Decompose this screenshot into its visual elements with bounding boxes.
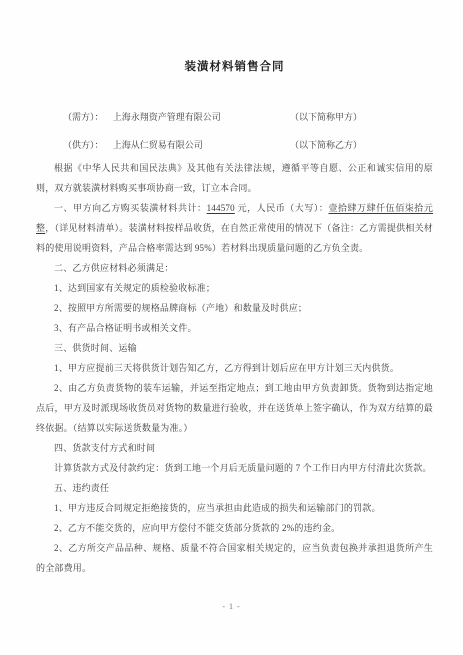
clause-1-prefix: 一、甲方向乙方购买装潢材料共计： — [54, 203, 207, 213]
section-2-item-1: 1、达到国家有关规定的质检验收标准； — [36, 278, 433, 298]
buyer-alias-label: （以下简称甲方） — [290, 107, 362, 127]
clause-1-suffix: ，（详见材料清单）。装潢材料按样品收货，在自然正常使用的情况下（备注：乙方需提供… — [36, 223, 433, 253]
section-3-item-1: 1、甲方应提前三天将供货计划告知乙方，乙方得到计划后应在甲方计划三天内供货。 — [36, 358, 433, 378]
clause-1-mid: 元，人民币（大写）： — [235, 203, 329, 213]
section-5-heading: 五、违约责任 — [36, 478, 433, 498]
section-2-item-2: 2、按照甲方所需要的规格品牌商标（产地）和数量及时供应； — [36, 298, 433, 318]
section-3-heading: 三、供货时间、运输 — [36, 338, 433, 358]
section-4-body: 计算货款方式及付款约定：货到工地一个月后无质量问题的 7 个工作日内甲方付清此次… — [36, 458, 433, 478]
amount-digits-underlined: 144570 — [207, 203, 235, 213]
supplier-role-label: （供方）： — [63, 135, 104, 155]
supplier-alias-label: （以下简称乙方） — [290, 135, 362, 155]
section-2-heading: 二、乙方供应材料必须满足： — [36, 258, 433, 278]
preamble-paragraph: 根据《中华人民共和国民法典》及其他有关法律法规，遵循平等自愿、公正和诚实信用的原… — [36, 158, 433, 198]
section-2-item-3: 3、有产品合格证明书或相关文件。 — [36, 318, 433, 338]
supplier-row: （供方）： 上海从仁贸易有限公司 （以下简称乙方） — [36, 135, 433, 155]
contract-content: 装潢材料销售合同 （需方）： 上海永翔资产管理有限公司 （以下简称甲方） （供方… — [36, 0, 433, 578]
section-5-item-1: 1、甲方违反合同规定拒绝接货的，应当承担由此造成的损失和运输部门的罚款。 — [36, 498, 433, 518]
clause-1-paragraph: 一、甲方向乙方购买装潢材料共计：144570 元，人民币（大写）：壹拾肆万肆仟伍… — [36, 198, 433, 258]
page-number: - 1 - — [0, 602, 463, 611]
supplier-company-name: 上海从仁贸易有限公司 — [113, 135, 203, 155]
section-5-item-2: 2、乙方不能交货的，应向甲方偿付不能交货部分货款的 2%的违约金。 — [36, 518, 433, 538]
section-5-item-3: 2、乙方所交产品品种、规格、质量不符合国家相关规定的，应当负责包换并承担退货所产… — [36, 538, 433, 578]
section-3-item-2: 2、由乙方负责货物的装车运输，并运至指定地点；到工地由甲方负责卸货。货物到达指定… — [36, 378, 433, 438]
section-4-heading: 四、货款支付方式和时间 — [36, 438, 433, 458]
parties-block: （需方）： 上海永翔资产管理有限公司 （以下简称甲方） （供方）： 上海从仁贸易… — [36, 107, 433, 155]
contract-page: 装潢材料销售合同 （需方）： 上海永翔资产管理有限公司 （以下简称甲方） （供方… — [0, 0, 463, 655]
buyer-company-name: 上海永翔资产管理有限公司 — [113, 107, 221, 127]
buyer-row: （需方）： 上海永翔资产管理有限公司 （以下简称甲方） — [36, 107, 433, 127]
contract-title: 装潢材料销售合同 — [36, 59, 433, 76]
buyer-role-label: （需方）： — [63, 107, 104, 127]
